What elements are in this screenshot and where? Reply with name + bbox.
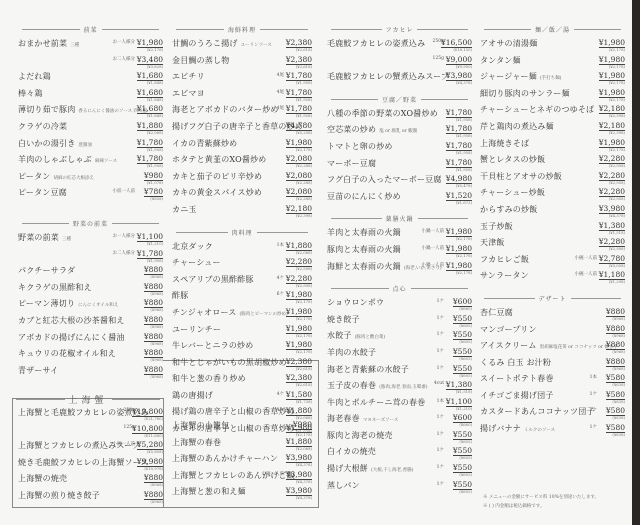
item-name: 上海蟹のあんかけチャーハン [172,453,278,464]
item-name: チンジャオロース [172,307,236,318]
item-quantity: 4ケ [277,391,284,397]
menu-item: キクラゲの黒酢和え¥880(¥968) [18,282,163,299]
item-price-tax-included: (¥858) [150,196,163,201]
menu-item: 上海蟹とフカヒレの煮込みスープ小碗一人前¥5,280(¥5,808) [18,440,163,457]
item-price-tax-included: (¥605) [459,323,472,328]
item-price-tax-included: (¥2,288) [296,163,312,168]
item-price-tax-included: (¥2,178) [296,316,312,321]
item-name: 上海蟹の焼売 [18,473,67,484]
item-note: ユーリンソース [241,42,272,48]
item-price-tax-included: (¥2,068) [147,130,163,135]
item-name: 焼き餃子 [327,314,360,325]
menu-item: 焼き餃子1ケ¥550(¥605) [327,314,472,331]
item-price-tax-included: (¥968) [150,357,163,362]
item-name: キュウリの花椒オイル和え [18,348,116,359]
menu-item: 焼き毛鹿鮫フカヒレの上海蟹ソース¥9,980(¥10,978) [18,457,163,474]
menu-item: 天津飯¥2,280(¥2,508) [480,237,625,254]
item-price-tax-included: (¥2,178) [147,47,163,52]
menu-item: ピーマン薄切りにんにくオイル和え¥880(¥968) [18,298,163,315]
item-price-tax-included: (¥968) [150,307,163,312]
item-price-tax-included: (¥4,378) [609,213,625,218]
footnote-tax: ※ ( ) 内金額は税込価格です。 [483,502,599,511]
menu-item: ホタテと黄韮のXO醤炒め¥2,080(¥2,288) [172,154,312,171]
menu-item: アボカドの揚げにんにく醤油¥880(¥968) [18,332,163,349]
item-price-tax-included: (¥2,508) [609,196,625,201]
item-price-tax-included: (¥2,288) [296,180,312,185]
menu-item: 羊肉のしゃぶしゃぶ麻辣ソース¥1,780(¥1,958) [18,154,163,171]
item-name: フグ白子の入ったマーボー豆腐 [327,174,442,185]
item-name: ジャージャー麺 [480,71,537,82]
item-quantity: お一人様分 [113,39,136,45]
item-quantity: 小碗一人前 [113,441,136,447]
item-price-tax-included: (¥21,780) [144,416,163,421]
menu-item: 上海蟹と毛鹿鮫フカヒレの姿煮込み250g¥19,800(¥21,780) [18,407,163,424]
menu-item: 水餃子(豚肉と酸白菜)1ケ¥550(¥605) [327,330,472,347]
menu-item: エビマヨ4尾¥1,780(¥1,958) [172,88,312,105]
item-quantity: 小碗一人前 [262,471,285,477]
menu-item: 海鮮と太春雨の火鍋(海老,いか,あさり)小鍋一人前¥1,980(¥2,178) [327,261,472,278]
item-quantity: 1ケ [437,481,444,487]
menu-item: マンゴープリン¥880(¥968) [480,324,625,341]
item-price-tax-included: (¥1,518) [609,230,625,235]
item-price-tax-included: (¥638) [612,415,625,420]
item-name: 玉子炒飯 [480,221,513,232]
item-price-tax-included: (¥968) [150,374,163,379]
item-price-tax-included: (¥2,178) [609,80,625,85]
item-quantity: 1ケ [437,331,444,337]
item-name: 白いかの湯引き [18,138,75,149]
item-name: カブと紅芯大根の沙茶醤和え [18,315,125,326]
menu-item: スイートポテト春巻1本¥580(¥638) [480,373,625,390]
item-name: アオサの清湯麺 [480,38,537,49]
item-quantity: 4ケ [277,275,284,281]
item-quantity: 小鍋一人前 [422,228,445,234]
menu-item: よだれ鶏¥1,680(¥1,848) [18,71,163,88]
noodles-rice-soup-list: アオサの清湯麺¥1,980(¥2,178)タンタン麺¥1,980(¥2,178)… [480,38,625,287]
menu-item: チンジャオロース(豚肉とピーマンの炒め)¥1,980(¥2,178) [172,307,312,324]
item-note: マヨネーズソース [363,417,399,423]
footnote-service: ※ メニューの金額にサービス料 10%を別途いたします。 [483,493,599,502]
menu-item: おまかせ前菜三種お一人様分¥1,980(¥2,178) [18,38,163,55]
menu-item: 毛鹿鮫フカヒレの姿煮込み250g¥16,500(¥18,150) [327,38,472,55]
menu-item: ピータン豆腐小皿一人前¥780(¥858) [18,187,163,204]
item-name: タンタン麺 [480,55,521,66]
item-name: スペアリブの黒酢酢豚 [172,274,254,285]
item-price-tax-included: (¥2,618) [296,366,312,371]
item-price-tax-included: (¥2,398) [296,213,312,218]
item-price-tax-included: (¥968) [612,333,625,338]
item-name: イチゴごま揚げ団子 [480,390,553,401]
item-price-tax-included: (¥2,508) [296,283,312,288]
item-name: 羊肉のしゃぶしゃぶ [18,154,92,165]
item-price-tax-included: (¥2,618) [296,47,312,52]
item-name: 芹と鶏肉の煮込み麺 [480,121,554,132]
item-name: 甘鯛のうろこ揚げ [172,38,238,49]
item-name: ホタテと黄韮のXO醤炒め [172,154,267,165]
section-header-seafood: 海鮮料理 [172,25,312,34]
menu-item: エビチリ4尾¥1,780(¥1,958) [172,71,312,88]
menu-item: キュウリの花椒オイル和え¥880(¥968) [18,348,163,365]
fukahire-list: 毛鹿鮫フカヒレの姿煮込み250g¥16,500(¥18,150)125g¥9,0… [327,38,472,88]
item-name: 北京ダック [172,241,213,252]
item-name: 蒸しパン [327,480,360,491]
item-price-tax-included: (¥968) [150,274,163,279]
item-name: 和牛と葱の香り炒め [172,373,246,384]
menu-item: 上海蟹の焼売¥880(¥968) [18,473,163,490]
item-quantity: 4尾 [277,72,284,78]
item-price-tax-included: (¥18,150) [453,47,472,52]
item-name: チャーシュー炒飯 [480,187,545,198]
tofu-yasai-list: 八種の季節の野菜のXO醤炒め¥1,780(¥1,958)空芯菜の炒め塩 or 腐… [327,108,472,208]
item-note: 三種 [62,236,71,242]
item-price-tax-included: (¥2,068) [296,415,312,420]
item-name: 白イカの焼売 [327,446,376,457]
dimsum-list: ショウロンポウ1ケ¥600(¥660)焼き餃子1ケ¥550(¥605)水餃子(豚… [327,297,472,496]
menu-item: 棒々鶏¥1,680(¥1,848) [18,88,163,105]
menu-item: 白いかの湯引き葱醤油¥1,780(¥1,958) [18,138,163,155]
page-edge-shadow [632,0,640,525]
menu-item: カスタードあんココナッツ団子1ケ¥580(¥638) [480,406,625,423]
menu-item: 上海蟹とフカヒレのあんかけご飯小碗一人前¥3,980(¥4,378) [172,470,312,487]
item-quantity: 1ケ [437,348,444,354]
item-price-tax-included: (¥1,958) [296,80,312,85]
item-name: トマトと卵の炒め [327,141,393,152]
item-note: (豚肉とピーマンの炒め) [239,311,287,317]
menu-item: 豆苗のにんにく炒め¥1,520(¥1,672) [327,191,472,208]
item-quantity: 4尾 [277,89,284,95]
item-quantity: 小碗一人前 [575,255,598,261]
menu-item: クラゲの冷菜¥1,880(¥2,068) [18,121,163,138]
item-price-tax-included: (¥605) [459,455,472,460]
item-price-tax-included: (¥968) [150,499,163,504]
menu-item: 毛鹿鮫フカヒレの蟹煮込みスープ¥3,980(¥4,378) [327,71,472,88]
item-price-tax-included: (¥1,672) [456,200,472,205]
menu-item: 蟹とレタスの炒飯¥2,280(¥2,508) [480,154,625,171]
item-price-tax-included: (¥1,848) [147,80,163,85]
menu-item: ユーリンチー¥1,980(¥2,178) [172,324,312,341]
item-price-tax-included: (¥605) [459,356,472,361]
item-price-tax-included: (¥2,508) [296,266,312,271]
menu-item: 金目鯛の蒸し物¥2,380(¥2,618) [172,55,312,72]
item-name: アイスクリーム [480,340,537,351]
item-price-tax-included: (¥2,398) [609,113,625,118]
item-name: 薄切り茹で豚肉 [18,104,75,115]
item-note: (大根,干し海老,香腸) [371,467,413,473]
menu-item: 海老と青紫蘇の水餃子1ケ¥550(¥605) [327,364,472,381]
item-note: 塩 or 腐乳 or 蝦醤 [379,128,417,134]
item-price-tax-included: (¥10,978) [144,466,163,471]
item-price-tax-included: (¥1,958) [456,133,472,138]
item-price-tax-included: (¥1,298) [609,279,625,284]
item-price-tax-included: (¥2,178) [609,64,625,69]
item-name: 揚げ大根餅 [327,463,368,474]
item-quantity: 4尾 [277,105,284,111]
menu-item: 玉子皮の春巻(豚肉,海老,春雨,玉蜀黍)4cut¥1,380(¥1,518) [327,380,472,397]
seafood-list: 甘鯛のうろこ揚げユーリンソース¥2,380(¥2,618)金目鯛の蒸し物¥2,3… [172,38,312,221]
item-quantity: 小皿一人前 [113,188,136,194]
menu-item: くるみ 白玉 お汁粉¥880(¥968) [480,357,625,374]
menu-item: フグ白子の入ったマーボー豆腐¥4,980(¥5,478) [327,174,472,191]
item-quantity: 1ケ [590,424,597,430]
menu-item: 酢豚6ケ¥1,980(¥2,178) [172,290,312,307]
item-name: カキの黄金スパイス炒め [172,187,262,198]
menu-item: 上海蟹のあんかけチャーハン¥3,980(¥4,378) [172,453,312,470]
item-name: カニ玉 [172,204,197,215]
item-price-tax-included: (¥2,618) [296,382,312,387]
item-quantity: 小鍋一人前 [422,262,445,268]
menu-item: 豚肉と海老の焼売1ケ¥550(¥605) [327,430,472,447]
item-price-tax-included: (¥2,178) [456,236,472,241]
item-name: 海鮮と太春雨の火鍋 [327,261,401,272]
menu-item: カブと紅芯大根の沙茶醤和え¥880(¥968) [18,315,163,332]
menu-item: 北京ダック1本¥1,880(¥2,068) [172,241,312,258]
item-name: パクチーサラダ [18,265,75,276]
item-price-tax-included: (¥2,508) [609,246,625,251]
item-price-tax-included: (¥4,378) [456,80,472,85]
item-quantity: 4cut [434,381,444,386]
item-name: 干貝柱とアオサの炒飯 [480,171,562,182]
item-name: 上海蟹と葱の和え麺 [172,486,246,497]
item-name: からすみの炒飯 [480,204,537,215]
item-name: イカの青紫蘇炒め [172,138,237,149]
menu-item: 125g¥9,000(¥9,900) [327,55,472,72]
item-price-tax-included: (¥968) [150,482,163,487]
menu-page: 前菜 おまかせ前菜三種お一人様分¥1,980(¥2,178)お二人様分¥3,48… [0,0,632,525]
item-name: 金目鯛の蒸し物 [172,55,229,66]
item-quantity: 1ケ [437,315,444,321]
item-quantity: お二人様分 [113,250,136,256]
menu-item: パクチーサラダ¥880(¥968) [18,265,163,282]
hotpot-list: 羊肉と太春雨の火鍋小鍋一人前¥1,980(¥2,178)豚肉と太春雨の火鍋小鍋一… [327,227,472,277]
menu-item: チャーシュー¥2,280(¥2,508) [172,257,312,274]
menu-item: お二人様分¥1,780(¥1,958) [18,249,163,266]
section-header-tofu-yasai: 豆腐／野菜 [327,95,472,104]
menu-item: 蒸しパン1ケ¥550(¥605) [327,480,472,497]
item-quantity: 1本 [277,242,284,248]
item-quantity: 1ケ [437,298,444,304]
item-name: マンゴープリン [480,324,537,335]
item-name: 焼き毛鹿鮫フカヒレの上海蟹ソース [18,457,149,468]
item-price-tax-included: (¥2,178) [609,97,625,102]
item-price-tax-included: (¥968) [150,291,163,296]
item-name: 空芯菜の炒め [327,124,376,135]
item-note: 麻辣ソース [95,158,117,164]
item-price-tax-included: (¥5,478) [456,183,472,188]
item-name: チャーシューとネギのつゆそば [480,104,594,115]
item-note: (豚肉,海老,春雨,玉蜀黍) [379,384,427,390]
item-name: 牛肉とポルチーニ茸の春巻 [327,397,425,408]
item-name: よだれ鶏 [18,71,51,82]
menu-item: 白イカの焼売1ケ¥550(¥605) [327,446,472,463]
menu-item: フカヒレご飯小碗一人前¥2,780(¥3,058) [480,254,625,271]
item-name: サンラータン [480,270,529,281]
menu-item: 玉子炒飯¥1,380(¥1,518) [480,221,625,238]
item-name: 棒々鶏 [18,88,43,99]
item-price-tax-included: (¥5,258) [296,130,312,135]
menu-item: 上海蟹と葱の和え麺¥3,980(¥4,378) [172,486,312,503]
menu-item: サンラータン小碗一人前¥1,180(¥1,298) [480,270,625,287]
footnotes: ※ メニューの金額にサービス料 10%を別途いたします。 ※ ( ) 内金額は税… [483,493,599,511]
item-name: 杏仁豆腐 [480,307,513,318]
menu-item: 杏仁豆腐¥880(¥968) [480,307,625,324]
item-name: 豚肉と海老の焼売 [327,430,393,441]
item-quantity: 1ケ [437,414,444,420]
menu-item: チャーシューとネギのつゆそば¥2,180(¥2,398) [480,104,625,121]
item-name: カスタードあんココナッツ団子 [480,406,595,417]
menu-item: 牛レバーとニラの炒め¥1,980(¥2,178) [172,340,312,357]
item-name: ピーマン薄切り [18,298,75,309]
item-price-tax-included: (¥2,178) [456,253,472,258]
menu-item: 甘鯛のうろこ揚げユーリンソース¥2,380(¥2,618) [172,38,312,55]
menu-item: 薄切り茹で豚肉香るにんにく醤油のソース 四川風¥1,680(¥1,848) [18,104,163,121]
menu-item: 羊肉の水餃子1ケ¥550(¥605) [327,347,472,364]
menu-item: 空芯菜の炒め塩 or 腐乳 or 蝦醤¥1,780(¥1,958) [327,124,472,141]
item-price-tax-included: (¥1,958) [147,163,163,168]
item-name: 海老とアボカドのバター炒め [172,104,279,115]
item-name: ピータン [18,171,50,182]
menu-item: 芹と鶏肉の煮込み麺¥2,180(¥2,398) [480,121,625,138]
menu-item: 青ザーサイ¥880(¥968) [18,365,163,382]
item-price-tax-included: (¥2,178) [296,333,312,338]
item-name: 水餃子 [327,330,352,341]
menu-item: ピータン胡麻の紅芯大根添え¥980(¥1,078) [18,171,163,188]
menu-item: 八種の季節の野菜のXO醤炒め¥1,780(¥1,958) [327,108,472,125]
menu-item: 牛肉とポルチーニ茸の春巻1本¥1,100(¥1,210) [327,397,472,414]
item-note: にんにくオイル和え [78,302,118,308]
item-price-tax-included: (¥1,210) [147,241,163,246]
section-header-dessert: デザート [480,294,625,303]
menu-item: 豚肉と太春雨の火鍋小鍋一人前¥1,980(¥2,178) [327,244,472,261]
menu-item: チャーシュー炒飯¥2,280(¥2,508) [480,187,625,204]
item-price-tax-included: (¥4,378) [296,479,312,484]
item-price-tax-included: (¥2,068) [296,250,312,255]
menu-item: スペアリブの黒酢酢豚4ケ¥2,280(¥2,508) [172,274,312,291]
item-price-tax-included: (¥2,178) [296,147,312,152]
item-name: 和牛とじゃがいもの黒胡椒炒め [172,357,287,368]
menu-item: 揚げバナナミルクのソース1ケ¥580(¥638) [480,423,625,440]
item-name: 毛鹿鮫フカヒレの蟹煮込みスープ [327,71,449,82]
item-price-tax-included: (¥1,958) [456,150,472,155]
item-note: 葱醤油 [78,142,92,148]
item-price-tax-included: (¥2,508) [609,163,625,168]
item-price-tax-included: (¥3,058) [609,263,625,268]
menu-item: アイスクリーム黒胡麻塩花茶 or ココナッツ or 焼き芋¥880(¥968) [480,340,625,357]
menu-item: カキの黄金スパイス炒め¥2,080(¥2,288) [172,187,312,204]
item-note: (豚肉と酸白菜) [355,334,386,340]
item-name: 豚肉と太春雨の火鍋 [327,244,401,255]
item-price-tax-included: (¥1,518) [456,389,472,394]
item-name: チャーシュー [172,257,221,268]
menu-item: 揚げ大根餅(大根,干し海老,香腸)1ケ¥550(¥605) [327,463,472,480]
item-name: 玉子皮の春巻 [327,380,376,391]
item-price-tax-included: (¥605) [459,472,472,477]
yasai-zensai-list: 野菜の前菜三種お一人様分¥1,100(¥1,210)お二人様分¥1,780(¥1… [18,232,163,381]
item-name: 揚げバナナ [480,423,521,434]
menu-item: 海老春巻マヨネーズソース1ケ¥600(¥660) [327,413,472,430]
item-name: 羊肉の水餃子 [327,347,376,358]
zensai-list: おまかせ前菜三種お一人様分¥1,980(¥2,178)お二人様分¥3,480(¥… [18,38,163,204]
item-quantity: お二人様分 [113,56,136,62]
dessert-list: 杏仁豆腐¥880(¥968)マンゴープリン¥880(¥968)アイスクリーム黒胡… [480,307,625,440]
menu-item: 上海蟹の煎り焼き餃子¥880(¥968) [18,490,163,507]
item-name: くるみ 白玉 お汁粉 [480,357,551,368]
section-header-fukahire: フカヒレ [327,25,472,34]
menu-item: 干貝柱とアオサの炒飯¥2,280(¥2,508) [480,171,625,188]
item-name: 八種の季節の野菜のXO醤炒め [327,108,438,119]
menu-item: カキと茄子のピリ辛炒め¥2,080(¥2,288) [172,171,312,188]
item-name: 細切り豚肉のサンラー麺 [480,88,570,99]
item-price-tax-included: (¥2,068) [296,446,312,451]
item-price-tax-included: (¥1,958) [456,167,472,172]
item-price-tax-included: (¥660) [459,422,472,427]
menu-item: 海老とアボカドのバター炒め4尾¥1,780(¥1,958) [172,104,312,121]
column-4: 麺／飯／湯 アオサの清湯麺¥1,980(¥2,178)タンタン麺¥1,980(¥… [480,22,625,440]
item-price-tax-included: (¥2,178) [296,349,312,354]
item-price-tax-included: (¥1,210) [456,406,472,411]
item-price-tax-included: (¥2,398) [609,130,625,135]
item-name: マーボー豆腐 [327,158,376,169]
item-quantity: 6ケ [277,291,284,297]
item-name: ショウロンポウ [327,297,384,308]
menu-item: 細切り豚肉のサンラー麺¥1,980(¥2,178) [480,88,625,105]
menu-item: タンタン麺¥1,980(¥2,178) [480,55,625,72]
item-quantity: 1本 [590,374,597,380]
item-quantity: お一人様分 [113,233,136,239]
item-name: 蟹とレタスの炒飯 [480,154,545,165]
section-header-dimsum: 点心 [327,284,472,293]
item-note: 胡麻の紅芯大根添え [53,175,94,181]
item-name: 鶏の唐揚げ [172,390,213,401]
section-header-meat: 肉料理 [172,228,312,237]
item-price-tax-included: (¥2,508) [609,180,625,185]
item-price-tax-included: (¥11,880) [144,433,163,438]
item-name: 牛レバーとニラの炒め [172,340,253,351]
shanghai-crab-list-left: 上海蟹と毛鹿鮫フカヒレの姿煮込み250g¥19,800(¥21,780)125g… [18,407,163,507]
item-quantity: 1ケ [437,365,444,371]
item-name: 揚げフグ白子の唐辛子と香草の炒め [172,121,303,132]
menu-item: 鶏の唐揚げ4ケ¥1,580(¥1,738) [172,390,312,407]
item-quantity: 4ケ [277,407,284,413]
item-price-tax-included: (¥605) [459,489,472,494]
section-header-noodles: 麺／飯／湯 [480,25,625,34]
menu-item: 上海焼きそば¥1,980(¥2,178) [480,138,625,155]
item-name: フカヒレご飯 [480,254,529,265]
menu-item: 125g¥10,800(¥11,880) [18,424,163,441]
item-price-tax-included: (¥1,958) [147,258,163,263]
item-price-tax-included: (¥968) [612,366,625,371]
item-note: (手打ち麺) [540,75,562,81]
item-price-tax-included: (¥660) [459,306,472,311]
item-price-tax-included: (¥1,078) [147,180,163,185]
item-price-tax-included: (¥968) [150,341,163,346]
item-name: カキと茄子のピリ辛炒め [172,171,262,182]
item-price-tax-included: (¥1,958) [147,147,163,152]
menu-item: カニ玉¥2,180(¥2,398) [172,204,312,221]
item-price-tax-included: (¥1,738) [296,399,312,404]
item-name: アボカドの揚げにんにく醤油 [18,332,125,343]
item-name: スイートポテト春巻 [480,373,554,384]
item-quantity: 小碗一人前 [575,271,598,277]
item-name: 海老と青紫蘇の水餃子 [327,364,409,375]
menu-item: 野菜の前菜三種お一人様分¥1,100(¥1,210) [18,232,163,249]
menu-item: カエルの唐辛子と山椒の香草炒め¥1,980(¥2,178) [172,423,312,440]
section-header-zensai: 前菜 [18,25,163,34]
item-price-tax-included: (¥1,958) [296,113,312,118]
column-2: 海鮮料理 甘鯛のうろこ揚げユーリンソース¥2,380(¥2,618)金目鯛の蒸し… [172,22,312,440]
menu-item: からすみの炒飯¥3,980(¥4,378) [480,204,625,221]
item-name: エビチリ [172,71,205,82]
menu-item: 羊肉と太春雨の火鍋小鍋一人前¥1,980(¥2,178) [327,227,472,244]
